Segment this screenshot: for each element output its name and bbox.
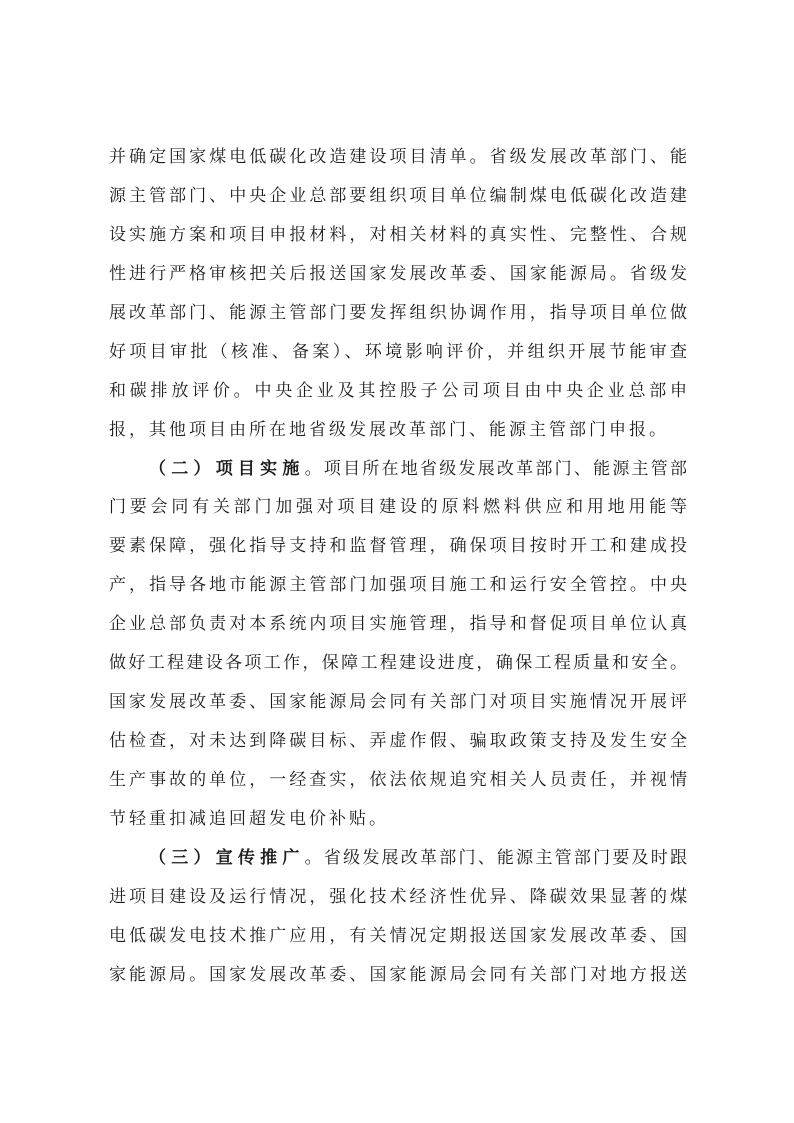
paragraph-project-list: 并确定国家煤电低碳化改造建设项目清单。省级发展改革部门、能 源主管部门、中央企业… <box>109 138 687 450</box>
text-line: 做好工程建设各项工作，保障工程建设进度，确保工程质量和安全。 <box>109 644 687 683</box>
text-line: 性进行严格审核把关后报送国家发展改革委、国家能源局。省级发 <box>109 255 687 294</box>
text-line: 国家发展改革委、国家能源局会同有关部门对项目实施情况开展评 <box>109 683 687 722</box>
section-heading: （三）宣传推广 <box>149 848 305 868</box>
section-first-line: （三）宣传推广。省级发展改革部门、能源主管部门要及时跟 <box>109 839 687 878</box>
text-line: 电低碳发电技术推广应用，有关情况定期报送国家发展改革委、国 <box>109 917 687 956</box>
text-line: 企业总部负责对本系统内项目实施管理，指导和督促项目单位认真 <box>109 605 687 644</box>
section-first-line: （二）项目实施。项目所在地省级发展改革部门、能源主管部 <box>109 450 687 489</box>
text-line: 展改革部门、能源主管部门要发挥组织协调作用，指导项目单位做 <box>109 294 687 333</box>
text-line: 好项目审批（核准、备案）、环境影响评价，并组织开展节能审查 <box>109 333 687 372</box>
paragraph-project-implementation: （二）项目实施。项目所在地省级发展改革部门、能源主管部 门要会同有关部门加强对项… <box>109 450 687 839</box>
text-line: 并确定国家煤电低碳化改造建设项目清单。省级发展改革部门、能 <box>109 138 687 177</box>
text-line: 产，指导各地市能源主管部门加强项目施工和运行安全管控。中央 <box>109 566 687 605</box>
text-line: 和碳排放评价。中央企业及其控股子公司项目由中央企业总部申 <box>109 372 687 411</box>
text-line: 设实施方案和项目申报材料，对相关材料的真实性、完整性、合规 <box>109 216 687 255</box>
text-line: 报，其他项目由所在地省级发展改革部门、能源主管部门申报。 <box>109 411 687 450</box>
document-page: 并确定国家煤电低碳化改造建设项目清单。省级发展改革部门、能 源主管部门、中央企业… <box>0 0 794 1123</box>
text-line: 进项目建设及运行情况，强化技术经济性优异、降碳效果显著的煤 <box>109 878 687 917</box>
text-line: 门要会同有关部门加强对项目建设的原料燃料供应和用地用能等 <box>109 488 687 527</box>
paragraph-promotion: （三）宣传推广。省级发展改革部门、能源主管部门要及时跟 进项目建设及运行情况，强… <box>109 839 687 995</box>
text-line: 估检查，对未达到降碳目标、弄虚作假、骗取政策支持及发生安全 <box>109 722 687 761</box>
text-segment: 。省级发展改革部门、能源主管部门要及时跟 <box>305 848 687 868</box>
text-line: 生产事故的单位，一经查实，依法依规追究相关人员责任，并视情 <box>109 761 687 800</box>
document-body: 并确定国家煤电低碳化改造建设项目清单。省级发展改革部门、能 源主管部门、中央企业… <box>109 138 687 995</box>
text-line: 源主管部门、中央企业总部要组织项目单位编制煤电低碳化改造建 <box>109 177 687 216</box>
text-line: 节轻重扣减追回超发电价补贴。 <box>109 800 687 839</box>
text-line: 要素保障，强化指导支持和监督管理，确保项目按时开工和建成投 <box>109 527 687 566</box>
section-heading: （二）项目实施 <box>149 459 305 479</box>
text-line: 家能源局。国家发展改革委、国家能源局会同有关部门对地方报送 <box>109 956 687 995</box>
text-segment: 。项目所在地省级发展改革部门、能源主管部 <box>305 459 687 479</box>
